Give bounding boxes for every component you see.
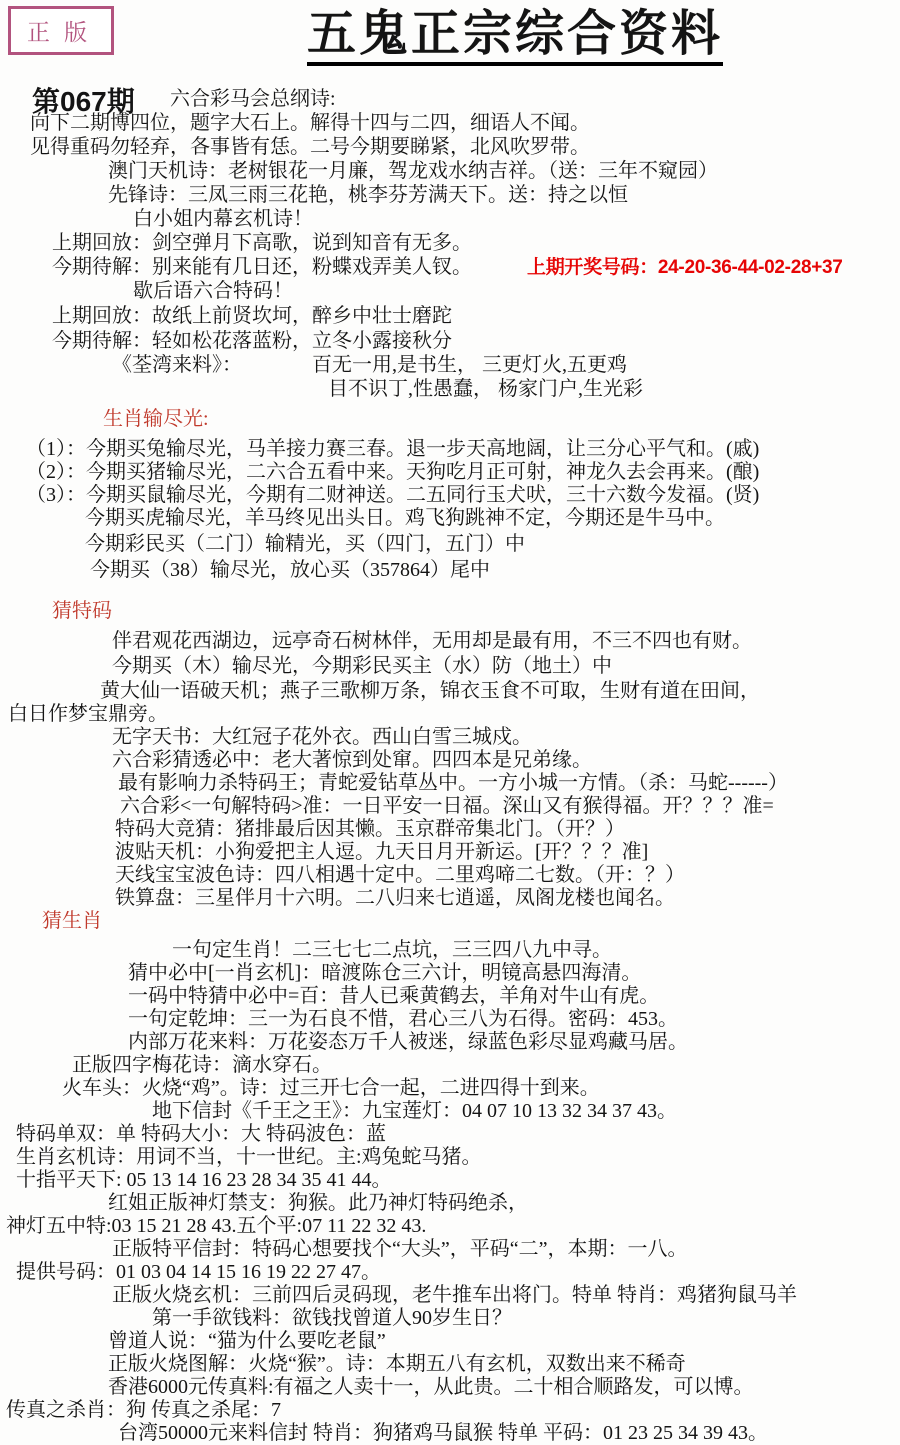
document-lines: 六合彩马会总纲诗:向下二期博四位，题字大石上。解得十四与二四，细语人不闻。见得重… <box>0 88 900 1445</box>
text-line: 天线宝宝波色诗：四八相遇十定中。二里鸡啼二七数。（开：？） <box>0 864 900 887</box>
text-segment: 六合彩<一句解特码>准：一日平安一日福。深山又有猴得福。开？？？准= <box>120 795 774 817</box>
text-line: 白日作梦宝鼎旁。 <box>0 703 900 726</box>
text-segment: 白小姐内幕玄机诗！ <box>133 208 313 230</box>
text-segment: 火车头：火烧“鸡”。诗：过三开七合一起，二进四得十到来。 <box>62 1077 600 1099</box>
text-segment: 上期回放：故纸上前贤坎坷，醉乡中壮士磨跎 <box>52 305 452 327</box>
text-line: （3）：今期买鼠输尽光，今期有二财神送。二五同行玉犬吠，三十六数今发福。(贤) <box>0 484 900 507</box>
text-segment: 猜生肖 <box>42 910 102 932</box>
text-line: 传真之杀肖：狗 传真之杀尾：7 <box>0 1399 900 1422</box>
text-line: 最有影响力杀特码王；青蛇爱钻草丛中。一方小城一方情。（杀：马蛇------） <box>0 772 900 795</box>
text-line: 正版特平信封：特码心想要找个“大头”，平码“二”，本期：一八。 <box>0 1238 900 1261</box>
text-line: 神灯五中特:03 15 21 28 43.五个平:07 11 22 32 43. <box>0 1215 900 1238</box>
text-segment: 红姐正版神灯禁支：狗猴。此乃神灯特码绝杀， <box>108 1192 528 1214</box>
text-line: （2）：今期买猪输尽光，二六合五看中来。天狗吃月正可射，神龙久去会再来。(酿) <box>0 461 900 484</box>
last-draw-numbers: 上期开奖号码：24-20-36-44-02-28+37 <box>527 257 843 278</box>
text-line: 无字天书：大红冠子花外衣。西山白雪三城戍。 <box>0 726 900 749</box>
section-heading-special: 猜特码 <box>0 600 900 623</box>
text-segment: 白日作梦宝鼎旁。 <box>8 703 168 725</box>
text-line: 曾道人说：“猫为什么要吃老鼠” <box>0 1330 900 1353</box>
text-line: 提供号码：01 03 04 14 15 16 19 22 27 47。 <box>0 1261 900 1284</box>
text-line: 特码单双：单 特码大小：大 特码波色：蓝 <box>0 1123 900 1146</box>
text-segment: 今期彩民买（二门）输精光，买（四门，五门）中 <box>85 533 525 555</box>
text-segment: 黄大仙一语破天机；燕子三歌柳万条，锦衣玉食不可取，生财有道在田间， <box>100 680 760 702</box>
text-segment: （1）：今期买兔输尽光，马羊接力赛三春。退一步天高地阔，让三分心平气和。(戚) <box>26 438 759 460</box>
text-line: 波贴天机：小狗爱把主人逗。九天日月开新运。[开？？？准] <box>0 841 900 864</box>
text-segment: 正版四字梅花诗：滴水穿石。 <box>72 1054 332 1076</box>
text-segment: 澳门天机诗：老树银花一月廉，驾龙戏水纳吉祥。（送：三年不窥园） <box>108 160 718 182</box>
text-line: 内部万花来料：万花姿态万千人被迷，绿蓝色彩尽显鸡藏马居。 <box>0 1031 900 1054</box>
text-segment: 先锋诗：三凤三雨三花艳，桃李芬芳满天下。送：持之以恒 <box>108 184 628 206</box>
text-line: 六合彩<一句解特码>准：一日平安一日福。深山又有猴得福。开？？？准= <box>0 795 900 818</box>
text-segment: 生肖输尽光: <box>103 408 209 430</box>
text-segment: 提供号码：01 03 04 14 15 16 19 22 27 47。 <box>16 1261 381 1283</box>
text-line: 一句定乾坤：三一为石良不惜，君心三八为石得。密码：453。 <box>0 1008 900 1031</box>
text-line: 香港6000元传真料:有福之人卖十一，从此贵。二十相合顺路发，可以博。 <box>0 1376 900 1399</box>
text-segment: 波贴天机：小狗爱把主人逗。九天日月开新运。[开？？？准] <box>115 841 648 863</box>
section-heading-zodiac: 生肖输尽光: <box>0 408 900 431</box>
text-segment: 今期买（木）输尽光，今期彩民买主（水）防（地土）中 <box>112 655 612 677</box>
text-segment: 内部万花来料：万花姿态万千人被迷，绿蓝色彩尽显鸡藏马居。 <box>128 1031 688 1053</box>
text-line: 今期待解：轻如松花落蓝粉，立冬小露接秋分 <box>0 330 900 353</box>
text-segment: 猜特码 <box>52 600 112 622</box>
text-segment: 六合彩猜透必中：老大著惊到处窜。四四本是兄弟缘。 <box>112 749 592 771</box>
text-line: 今期买（木）输尽光，今期彩民买主（水）防（地土）中 <box>0 655 900 678</box>
text-line: 第一手欲钱料：欲钱找曾道人90岁生日？ <box>0 1307 900 1330</box>
text-segment: 正版火烧图解：火烧“猴”。诗：本期五八有玄机，双数出来不稀奇 <box>108 1353 686 1375</box>
text-segment: 最有影响力杀特码王；青蛇爱钻草丛中。一方小城一方情。（杀：马蛇------） <box>118 772 788 794</box>
text-line: 今期买虎输尽光，羊马终见出头日。鸡飞狗跳神不定，今期还是牛马中。 <box>0 507 900 530</box>
text-segment: 生肖玄机诗：用词不当，十一世纪。主:鸡兔蛇马猪。 <box>16 1146 482 1168</box>
text-line: 向下二期博四位，题字大石上。解得十四与二四，细语人不闻。 <box>0 112 900 135</box>
text-line: 目不识丁,性愚蠢， 杨家门户,生光彩 <box>0 378 900 401</box>
text-line: 歇后语六合特码！ <box>0 280 900 303</box>
text-segment: 特码单双：单 特码大小：大 特码波色：蓝 <box>16 1123 386 1145</box>
text-segment: 一句定生肖！二三七七二点坑，三三四八九中寻。 <box>172 939 612 961</box>
text-line: 今期彩民买（二门）输精光，买（四门，五门）中 <box>0 533 900 556</box>
text-line: 一句定生肖！二三七七二点坑，三三四八九中寻。 <box>0 939 900 962</box>
text-segment: 天线宝宝波色诗：四八相遇十定中。二里鸡啼二七数。（开：？） <box>115 864 685 886</box>
text-segment: 今期待解：轻如松花落蓝粉，立冬小露接秋分 <box>52 330 452 352</box>
text-segment: 十指平天下: 05 13 14 16 23 28 34 35 41 44。 <box>16 1169 392 1191</box>
text-line: 伴君观花西湖边，远亭奇石树林伴，无用却是最有用，不三不四也有财。 <box>0 630 900 653</box>
text-segment: 正版特平信封：特码心想要找个“大头”，平码“二”，本期：一八。 <box>112 1238 688 1260</box>
text-line: 一码中特猜中必中=百：昔人已乘黄鹤去，羊角对牛山有虎。 <box>0 985 900 1008</box>
text-segment: 无字天书：大红冠子花外衣。西山白雪三城戍。 <box>112 726 532 748</box>
text-line: 先锋诗：三凤三雨三花艳，桃李芬芳满天下。送：持之以恒 <box>0 184 900 207</box>
text-line: 《荃湾来料》： 百无一用,是书生， 三更灯火,五更鸡 <box>0 354 900 377</box>
text-segment: 一句定乾坤：三一为石良不惜，君心三八为石得。密码：453。 <box>128 1008 678 1030</box>
text-segment: 见得重码勿轻弃，各事皆有恁。二号今期要睇紧，北风吹罗带。 <box>30 136 590 158</box>
text-line: 黄大仙一语破天机；燕子三歌柳万条，锦衣玉食不可取，生财有道在田间， <box>0 680 900 703</box>
text-line: 台湾50000元来料信封 特肖：狗猪鸡马鼠猴 特单 平码：01 23 25 34… <box>0 1422 900 1445</box>
text-segment: 今期买（38）输尽光，放心买（357864）尾中 <box>90 559 490 581</box>
text-segment: 台湾50000元来料信封 特肖：狗猪鸡马鼠猴 特单 平码：01 23 25 34… <box>118 1422 768 1444</box>
text-line: 六合彩猜透必中：老大著惊到处窜。四四本是兄弟缘。 <box>0 749 900 772</box>
text-segment: 今期买虎输尽光，羊马终见出头日。鸡飞狗跳神不定，今期还是牛马中。 <box>85 507 725 529</box>
text-line: 火车头：火烧“鸡”。诗：过三开七合一起，二进四得十到来。 <box>0 1077 900 1100</box>
authentic-badge: 正版 <box>8 6 114 55</box>
text-segment: （2）：今期买猪输尽光，二六合五看中来。天狗吃月正可射，神龙久去会再来。(酿) <box>26 461 759 483</box>
text-segment: 地下信封《千王之王》：九宝莲灯：04 07 10 13 32 34 37 43。 <box>152 1100 677 1122</box>
text-segment: 上期回放：剑空弹月下高歌，说到知音有无多。 <box>52 232 472 254</box>
text-line: 十指平天下: 05 13 14 16 23 28 34 35 41 44。 <box>0 1169 900 1192</box>
issue-number: 第067期 <box>32 80 135 120</box>
text-segment: 《荃湾来料》： 百无一用,是书生， 三更灯火,五更鸡 <box>112 354 627 376</box>
text-segment: 正版火烧玄机：三前四后灵码现，老牛推车出将门。特单 特肖：鸡猪狗鼠马羊 <box>112 1284 797 1306</box>
text-segment: 传真之杀肖：狗 传真之杀尾：7 <box>6 1399 281 1421</box>
text-line: 特码大竞猜：猪排最后因其懒。玉京群帝集北门。（开？） <box>0 818 900 841</box>
text-segment: 香港6000元传真料:有福之人卖十一，从此贵。二十相合顺路发，可以博。 <box>108 1376 754 1398</box>
text-segment: 铁算盘：三星伴月十六明。二八归来七逍遥，凤阁龙楼也闻名。 <box>115 887 675 909</box>
text-line: 正版火烧图解：火烧“猴”。诗：本期五八有玄机，双数出来不稀奇 <box>0 1353 900 1376</box>
text-line: 白小姐内幕玄机诗！ <box>0 208 900 231</box>
page-title: 五鬼正宗综合资料 <box>307 8 723 66</box>
text-segment: 目不识丁,性愚蠢， 杨家门户,生光彩 <box>328 378 643 400</box>
section-heading-animal: 猜生肖 <box>0 910 900 933</box>
text-line: 猜中必中[一肖玄机]：暗渡陈仓三六计，明镜高悬四海清。 <box>0 962 900 985</box>
text-segment: 伴君观花西湖边，远亭奇石树林伴，无用却是最有用，不三不四也有财。 <box>112 630 752 652</box>
text-line: 上期回放：故纸上前贤坎坷，醉乡中壮士磨跎 <box>0 305 900 328</box>
text-line: 铁算盘：三星伴月十六明。二八归来七逍遥，凤阁龙楼也闻名。 <box>0 887 900 910</box>
text-segment: 猜中必中[一肖玄机]：暗渡陈仓三六计，明镜高悬四海清。 <box>128 962 641 984</box>
text-line: 今期买（38）输尽光，放心买（357864）尾中 <box>0 559 900 582</box>
text-line: 地下信封《千王之王》：九宝莲灯：04 07 10 13 32 34 37 43。 <box>0 1100 900 1123</box>
text-segment: 曾道人说：“猫为什么要吃老鼠” <box>108 1330 386 1352</box>
text-line: 见得重码勿轻弃，各事皆有恁。二号今期要睇紧，北风吹罗带。 <box>0 136 900 159</box>
text-segment: （3）：今期买鼠输尽光，今期有二财神送。二五同行玉犬吠，三十六数今发福。(贤) <box>26 484 759 506</box>
text-segment: 神灯五中特:03 15 21 28 43.五个平:07 11 22 32 43. <box>6 1215 426 1237</box>
text-line: 上期回放：剑空弹月下高歌，说到知音有无多。 <box>0 232 900 255</box>
text-segment: 六合彩马会总纲诗: <box>170 88 336 110</box>
text-line: （1）：今期买兔输尽光，马羊接力赛三春。退一步天高地阔，让三分心平气和。(戚) <box>0 438 900 461</box>
lottery-tipsheet-page: 正版 五鬼正宗综合资料 第067期 六合彩马会总纲诗:向下二期博四位，题字大石上… <box>0 0 900 1445</box>
text-segment: 今期待解：别来能有几日还，粉蝶戏弄美人钗。 <box>52 256 472 278</box>
title-wrap: 五鬼正宗综合资料 <box>0 0 900 66</box>
text-segment: 歇后语六合特码！ <box>133 280 293 302</box>
text-line: 六合彩马会总纲诗: <box>0 88 900 111</box>
text-line: 今期待解：别来能有几日还，粉蝶戏弄美人钗。上期开奖号码：24-20-36-44-… <box>0 256 900 279</box>
text-segment: 第一手欲钱料：欲钱找曾道人90岁生日？ <box>152 1307 512 1329</box>
text-segment: 特码大竞猜：猪排最后因其懒。玉京群帝集北门。（开？） <box>115 818 625 840</box>
text-line: 正版火烧玄机：三前四后灵码现，老牛推车出将门。特单 特肖：鸡猪狗鼠马羊 <box>0 1284 900 1307</box>
text-line: 生肖玄机诗：用词不当，十一世纪。主:鸡兔蛇马猪。 <box>0 1146 900 1169</box>
text-line: 正版四字梅花诗：滴水穿石。 <box>0 1054 900 1077</box>
text-segment: 一码中特猜中必中=百：昔人已乘黄鹤去，羊角对牛山有虎。 <box>128 985 659 1007</box>
text-line: 澳门天机诗：老树银花一月廉，驾龙戏水纳吉祥。（送：三年不窥园） <box>0 160 900 183</box>
text-line: 红姐正版神灯禁支：狗猴。此乃神灯特码绝杀， <box>0 1192 900 1215</box>
